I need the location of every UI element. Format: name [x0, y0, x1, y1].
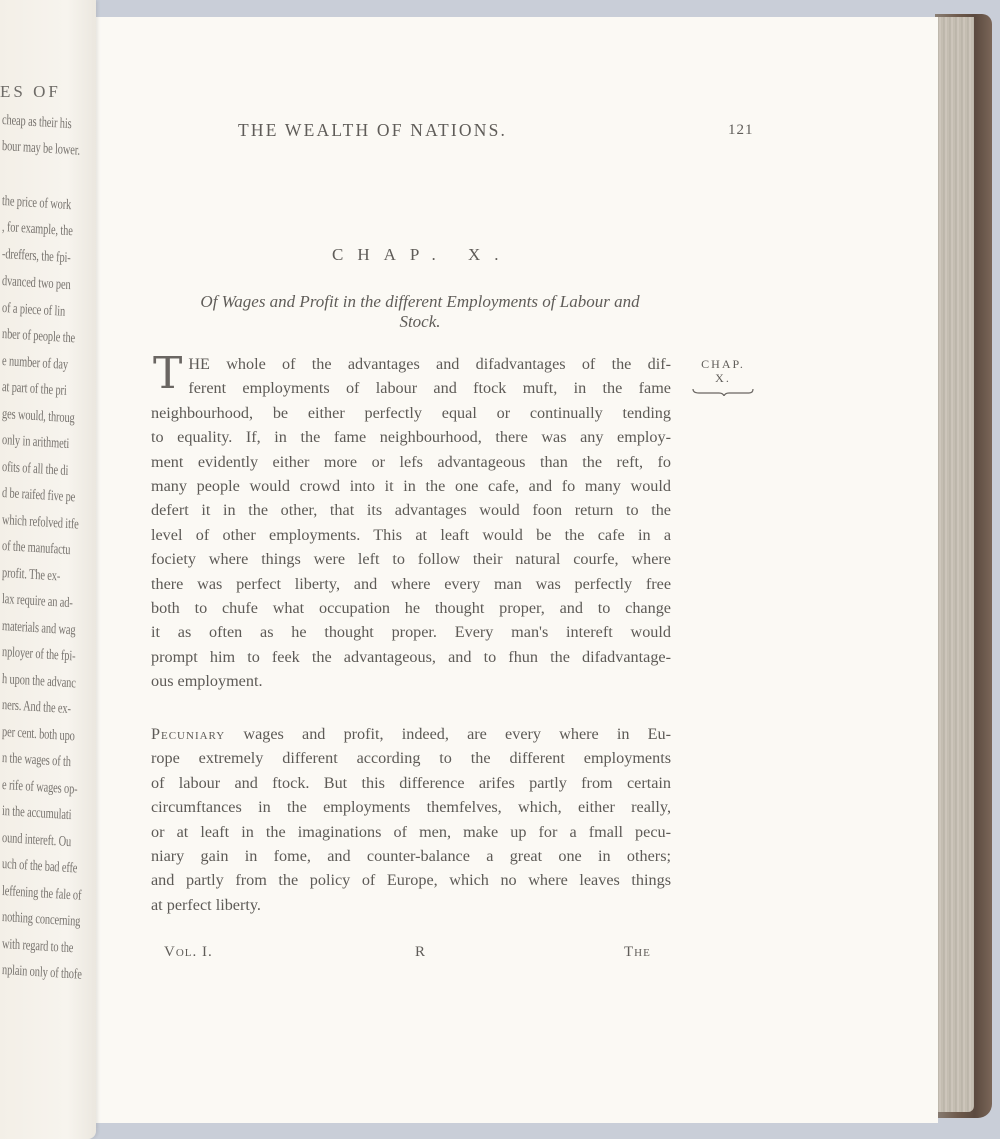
- left-page-line: e number of day: [2, 353, 68, 374]
- text-line: circumftances in the employments themfel…: [151, 795, 671, 819]
- left-facing-page: ES OF cheap as their hisbour may be lowe…: [0, 0, 96, 1139]
- left-page-line: at part of the pri: [2, 379, 67, 400]
- left-page-line: nber of people the: [2, 326, 76, 347]
- text-line: there was perfect liberty, and where eve…: [151, 572, 671, 596]
- left-page-line: materials and wag: [2, 618, 76, 639]
- left-page-line: the price of work: [2, 193, 72, 214]
- left-running-head: ES OF: [0, 82, 61, 102]
- lead-word: Pecuniary: [151, 725, 225, 743]
- left-page-line: d be raifed five pe: [2, 485, 76, 506]
- left-page-line: in the accumulati: [2, 803, 72, 824]
- text-line: niary gain in fome, and counter-balance …: [151, 844, 671, 868]
- main-page: THE WEALTH OF NATIONS. 121 CHAP. X. Of W…: [90, 17, 938, 1123]
- text-line: of labour and ftock. But this difference…: [151, 771, 671, 795]
- volume-marker: Vol. I.: [164, 944, 213, 961]
- paragraph-2: Pecuniary wages and profit, indeed, are …: [151, 722, 671, 917]
- text-line: rope extremely different according to th…: [151, 746, 671, 770]
- left-page-line: profit. The ex-: [2, 565, 61, 586]
- text-line: prompt him to feek the advantageous, and…: [151, 645, 671, 669]
- text-line: Pecuniary wages and profit, indeed, are …: [151, 722, 671, 746]
- left-page-line: , for example, the: [2, 219, 73, 240]
- left-page-line: uch of the bad effe: [2, 856, 78, 878]
- left-page-line: lax require an ad-: [2, 591, 73, 612]
- margin-note: CHAP. X.: [688, 357, 758, 396]
- left-page-line: only in arithmeti: [2, 432, 70, 453]
- left-page-line: of a piece of lin: [2, 300, 66, 321]
- text-line: ous employment.: [151, 669, 671, 693]
- left-page-line: with regard to the: [2, 936, 74, 957]
- left-page-line: leffening the fale of: [2, 883, 82, 905]
- left-page-line: ound intereft. Ou: [2, 830, 72, 851]
- drop-cap: T: [153, 354, 182, 394]
- chapter-subtitle-line-1: Of Wages and Profit in the different Emp…: [170, 292, 670, 312]
- text-line: and partly from the policy of Europe, wh…: [151, 868, 671, 892]
- left-page-line: ofits of all the di: [2, 459, 69, 480]
- page-number: 121: [728, 122, 754, 139]
- text-line: at perfect liberty.: [151, 893, 671, 917]
- left-page-line: nplain only of thofe: [2, 962, 82, 984]
- left-page-line: which refolved itfe: [2, 512, 79, 534]
- chapter-subtitle-line-2: Stock.: [170, 312, 670, 332]
- chapter-heading: CHAP. X.: [332, 245, 513, 265]
- margin-note-chap: CHAP.: [688, 357, 758, 371]
- left-page-line: of the manufactu: [2, 538, 71, 559]
- running-title: THE WEALTH OF NATIONS.: [238, 120, 507, 141]
- text-line: to equality. If, in the fame neighbourho…: [151, 425, 671, 449]
- left-page-line: n the wages of th: [2, 750, 71, 771]
- text-line: HE whole of the advantages and difadvant…: [151, 352, 671, 376]
- left-page-line: per cent. both upo: [2, 724, 75, 745]
- left-page-line: cheap as their his: [2, 112, 72, 133]
- text-line: it as often as he thought proper. Every …: [151, 620, 671, 644]
- catchword: The: [624, 944, 651, 961]
- left-page-line: ges would, throug: [2, 406, 75, 427]
- text-line: defert it in the other, that its advanta…: [151, 498, 671, 522]
- left-page-line: h upon the advanc: [2, 671, 76, 692]
- left-page-line: ners. And the ex-: [2, 697, 71, 718]
- chapter-subtitle: Of Wages and Profit in the different Emp…: [170, 292, 670, 332]
- text-line: both to chufe what occupation he thought…: [151, 596, 671, 620]
- left-page-line: nothing concerning: [2, 909, 81, 931]
- signature-mark: R: [415, 944, 425, 961]
- text-line: fociety where things were left to follow…: [151, 547, 671, 571]
- text-line: ment evidently either more or lefs advan…: [151, 450, 671, 474]
- left-page-line: nployer of the fpi-: [2, 644, 76, 665]
- text-line: level of other employments. This at leaf…: [151, 523, 671, 547]
- margin-note-number: X.: [688, 371, 758, 385]
- brace-icon: [691, 388, 755, 396]
- text-line: many people would crowd into it in the o…: [151, 474, 671, 498]
- text-line: or at leaft in the imaginations of men, …: [151, 820, 671, 844]
- text-line: ferent employments of labour and ftock m…: [151, 376, 671, 400]
- left-page-line: e rife of wages op-: [2, 777, 78, 799]
- left-page-line: dvanced two pen: [2, 273, 71, 294]
- left-page-line: bour may be lower.: [2, 138, 80, 160]
- first-line-rest: wages and profit, indeed, are every wher…: [243, 725, 671, 743]
- paragraph-1: T HE whole of the advantages and difadva…: [151, 352, 671, 693]
- left-page-line: -dreffers, the fpi-: [2, 246, 71, 267]
- text-line: neighbourhood, be either perfectly equal…: [151, 401, 671, 425]
